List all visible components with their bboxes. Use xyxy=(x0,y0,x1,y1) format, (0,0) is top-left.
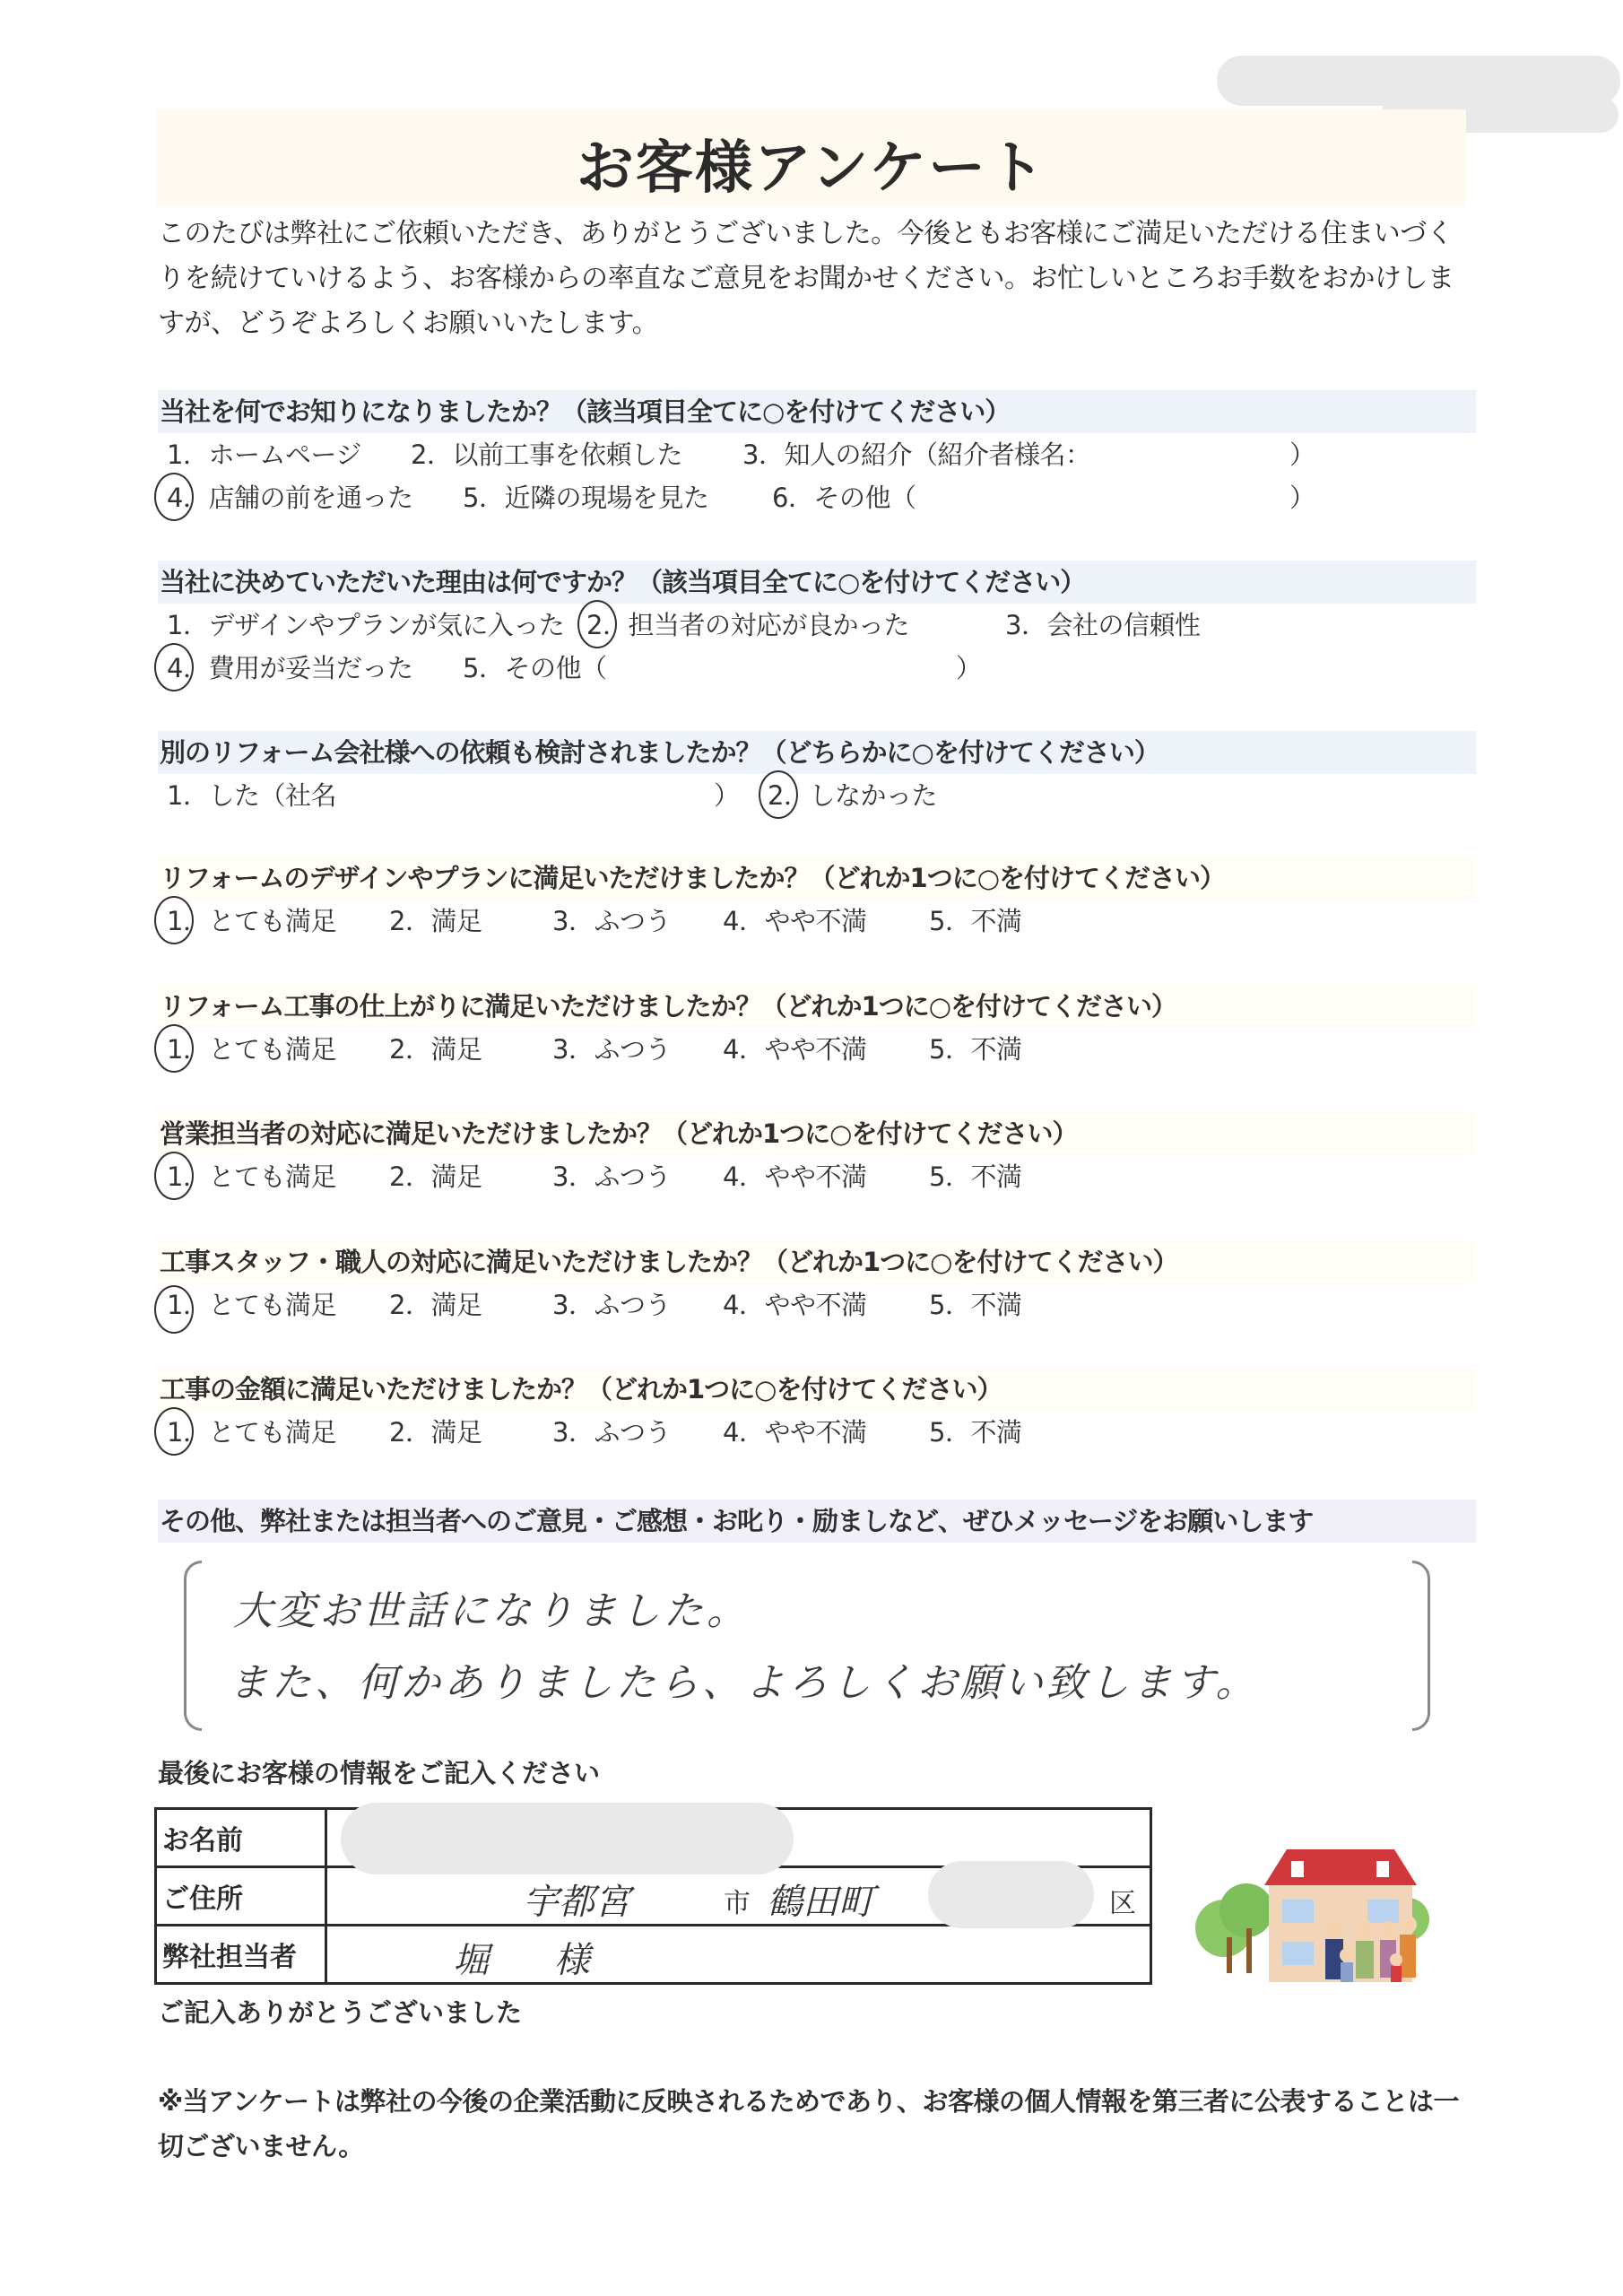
option-selected[interactable]: 4．店舗の前を通った xyxy=(167,476,412,519)
option[interactable]: 2．満足 xyxy=(389,1283,482,1326)
question-7: 工事スタッフ・職人の対応に満足いただけましたか？（どれか1つに○を付けてください… xyxy=(158,1240,1476,1326)
option[interactable]: 3．ふつう xyxy=(552,1283,671,1326)
bracket-right xyxy=(1412,1561,1430,1731)
customer-info-header: 最後にお客様の情報をご記入ください xyxy=(158,1753,600,1790)
option[interactable]: 5．不満 xyxy=(929,1411,1021,1454)
paren-close: ） xyxy=(956,647,982,690)
comments-header: その他、弊社または担当者へのご意見・ご感想・お叱り・励ましなど、ぜひメッセージを… xyxy=(158,1500,1476,1543)
ward-suffix: 区 xyxy=(1109,1881,1136,1920)
option[interactable]: 2．満足 xyxy=(389,900,482,943)
option-line: 1．とても満足 2．満足 3．ふつう 4．やや不満 5．不満 xyxy=(158,1028,1476,1071)
option-line: 1．とても満足 2．満足 3．ふつう 4．やや不満 5．不満 xyxy=(158,1155,1476,1198)
option[interactable]: 2．以前工事を依頼した xyxy=(411,433,682,476)
option-selected[interactable]: 1．とても満足 xyxy=(167,1283,336,1326)
title-band: お客様アンケート xyxy=(157,109,1466,206)
question-header: 工事スタッフ・職人の対応に満足いただけましたか？（どれか1つに○を付けてください… xyxy=(158,1240,1476,1283)
question-header: 営業担当者の対応に満足いただけましたか？（どれか1つに○を付けてください） xyxy=(158,1112,1476,1155)
comment-line-1: 大変お世話になりました。 xyxy=(233,1578,750,1636)
question-header: 当社に決めていただいた理由は何ですか？（該当項目全てに○を付けてください） xyxy=(158,561,1476,604)
option[interactable]: 2．満足 xyxy=(389,1155,482,1198)
house-family-illustration xyxy=(1175,1830,1444,1991)
question-header: リフォーム工事の仕上がりに満足いただけましたか？（どれか1つに○を付けてください… xyxy=(158,985,1476,1028)
option[interactable]: 4．やや不満 xyxy=(723,1155,866,1198)
option[interactable]: 3．知人の紹介（紹介者様名： xyxy=(742,433,1090,476)
option[interactable]: 6．その他（ xyxy=(772,476,916,519)
option[interactable]: 5．不満 xyxy=(929,1155,1021,1198)
staff-field[interactable]: 堀 様 xyxy=(326,1926,1151,1984)
option[interactable]: 4．やや不満 xyxy=(723,1411,866,1454)
option[interactable]: 5．不満 xyxy=(929,1028,1021,1071)
paren-close: ） xyxy=(1289,433,1315,476)
option[interactable]: 3．会社の信頼性 xyxy=(1005,604,1200,647)
name-label: お名前 xyxy=(156,1809,326,1867)
option[interactable]: 1．デザインやプランが気に入った xyxy=(167,604,564,647)
option[interactable]: 4．やや不満 xyxy=(723,1283,866,1326)
option[interactable]: 5．近隣の現場を見た xyxy=(463,476,708,519)
option[interactable]: 1．ホームページ xyxy=(167,433,361,476)
redacted-name xyxy=(341,1803,794,1874)
option[interactable]: 2．満足 xyxy=(389,1028,482,1071)
question-3: 別のリフォーム会社様への依頼も検討されましたか？（どちらかに○を付けてください）… xyxy=(158,731,1476,817)
question-8: 工事の金額に満足いただけましたか？（どれか1つに○を付けてください） 1．とても… xyxy=(158,1368,1476,1454)
comment-box[interactable]: 大変お世話になりました。 また、何かありましたら、よろしくお願い致します。 xyxy=(184,1561,1430,1731)
question-header: 別のリフォーム会社様への依頼も検討されましたか？（どちらかに○を付けてください） xyxy=(158,731,1476,774)
option-selected[interactable]: 4．費用が妥当だった xyxy=(167,647,412,690)
city-suffix: 市 xyxy=(724,1881,751,1920)
option[interactable]: 4．やや不満 xyxy=(723,1028,866,1071)
option-line: 4．店舗の前を通った 5．近隣の現場を見た 6．その他（ ） xyxy=(158,476,1476,519)
option[interactable]: 3．ふつう xyxy=(552,900,671,943)
address-city: 宇都宮 xyxy=(523,1874,630,1925)
option[interactable]: 5．その他（ xyxy=(463,647,606,690)
option-line: 1．とても満足 2．満足 3．ふつう 4．やや不満 5．不満 xyxy=(158,1283,1476,1326)
redacted-address xyxy=(928,1861,1094,1928)
option-selected[interactable]: 2．担当者の対応が良かった xyxy=(586,604,909,647)
option[interactable]: 1．した（社名 xyxy=(167,774,336,817)
option-selected[interactable]: 1．とても満足 xyxy=(167,900,336,943)
comments-section: その他、弊社または担当者へのご意見・ご感想・お叱り・励ましなど、ぜひメッセージを… xyxy=(158,1500,1476,1543)
comment-line-2: また、何かありましたら、よろしくお願い致します。 xyxy=(229,1650,1258,1708)
option-line: 4．費用が妥当だった 5．その他（ ） xyxy=(158,647,1476,690)
question-header: 工事の金額に満足いただけましたか？（どれか1つに○を付けてください） xyxy=(158,1368,1476,1411)
question-header: リフォームのデザインやプランに満足いただけましたか？（どれか1つに○を付けてくだ… xyxy=(158,857,1476,900)
option-selected[interactable]: 1．とても満足 xyxy=(167,1028,336,1071)
option[interactable]: 3．ふつう xyxy=(552,1028,671,1071)
table-row: 弊社担当者 堀 様 xyxy=(156,1926,1151,1984)
paren-close: ） xyxy=(714,774,740,817)
question-header: 当社を何でお知りになりましたか？（該当項目全てに○を付けてください） xyxy=(158,390,1476,433)
option-line: 1．とても満足 2．満足 3．ふつう 4．やや不満 5．不満 xyxy=(158,900,1476,943)
option[interactable]: 5．不満 xyxy=(929,900,1021,943)
option-selected[interactable]: 1．とても満足 xyxy=(167,1155,336,1198)
option[interactable]: 2．満足 xyxy=(389,1411,482,1454)
option[interactable]: 3．ふつう xyxy=(552,1155,671,1198)
staff-value: 堀 様 xyxy=(453,1932,617,1983)
option-line: 1．デザインやプランが気に入った 2．担当者の対応が良かった 3．会社の信頼性 xyxy=(158,604,1476,647)
option[interactable]: 4．やや不満 xyxy=(723,900,866,943)
address-town: 鶴田町 xyxy=(767,1874,874,1925)
question-2: 当社に決めていただいた理由は何ですか？（該当項目全てに○を付けてください） 1．… xyxy=(158,561,1476,690)
privacy-notice: ※当アンケートは弊社の今後の企業活動に反映されるためであり、お客様の個人情報を第… xyxy=(158,2079,1476,2169)
question-4: リフォームのデザインやプランに満足いただけましたか？（どれか1つに○を付けてくだ… xyxy=(158,857,1476,943)
bracket-left xyxy=(184,1561,202,1731)
thanks-text: ご記入ありがとうございました xyxy=(158,1993,522,2030)
option-line: 1．ホームページ 2．以前工事を依頼した 3．知人の紹介（紹介者様名： ） xyxy=(158,433,1476,476)
option-selected[interactable]: 2．しなかった xyxy=(768,774,937,817)
question-1: 当社を何でお知りになりましたか？（該当項目全てに○を付けてください） 1．ホーム… xyxy=(158,390,1476,519)
option[interactable]: 3．ふつう xyxy=(552,1411,671,1454)
intro-text: このたびは弊社にご依頼いただき、ありがとうございました。今後ともお客様にご満足い… xyxy=(158,212,1476,346)
option-line: 1．した（社名 ） 2．しなかった xyxy=(158,774,1476,817)
option[interactable]: 5．不満 xyxy=(929,1283,1021,1326)
option-selected[interactable]: 1．とても満足 xyxy=(167,1411,336,1454)
question-5: リフォーム工事の仕上がりに満足いただけましたか？（どれか1つに○を付けてください… xyxy=(158,985,1476,1071)
address-label: ご住所 xyxy=(156,1867,326,1926)
paren-close: ） xyxy=(1289,476,1315,519)
question-6: 営業担当者の対応に満足いただけましたか？（どれか1つに○を付けてください） 1．… xyxy=(158,1112,1476,1198)
staff-label: 弊社担当者 xyxy=(156,1926,326,1984)
page-title: お客様アンケート xyxy=(157,122,1466,204)
option-line: 1．とても満足 2．満足 3．ふつう 4．やや不満 5．不満 xyxy=(158,1411,1476,1454)
